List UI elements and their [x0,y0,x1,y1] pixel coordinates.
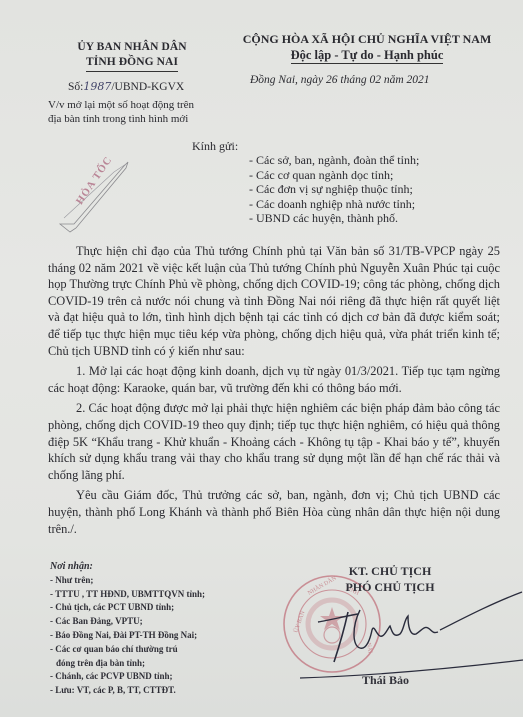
subject-line-2: địa bàn tỉnh trong tình hình mới [48,112,194,126]
addressee-item: - UBND các huyện, thành phố. [249,211,419,226]
issuer-block: ỦY BAN NHÂN DÂN TỈNH ĐỒNG NAI [62,40,202,72]
subject: V/v mở lại một số hoạt động trên địa bàn… [48,98,194,126]
national-motto: Độc lập - Tự do - Hạnh phúc [291,47,444,64]
recipient-item: - TTTU , TT HĐND, UBMTTQVN tỉnh; [50,588,205,602]
recipient-item: - Báo Đồng Nai, Đài PT-TH Đồng Nai; [50,629,205,643]
recipients-footer-title: Nơi nhận: [50,560,205,574]
addressees-label: Kính gửi: [192,139,238,154]
country-name: CỘNG HÒA XÃ HỘI CHỦ NGHĨA VIỆT NAM [222,31,512,47]
body-item-1: 1. Mở lại các hoạt động kinh doanh, dịch… [48,363,500,396]
national-header: CỘNG HÒA XÃ HỘI CHỦ NGHĨA VIỆT NAM Độc l… [222,31,512,64]
addressees-list: - Các sở, ban, ngành, đoàn thể tỉnh; - C… [249,153,419,226]
document-number: Số:1987/UBND-KGVX [68,80,184,93]
body-item-2: 2. Các hoạt động được mở lại phải thực h… [48,400,500,483]
signature-title-line-2: PHÓ CHỦ TỊCH [330,579,450,595]
place-date: Đồng Nai, ngày 26 tháng 02 năm 2021 [250,74,430,86]
recipient-item: - Lưu: VT, các P, B, TT, CTTĐT. [50,684,205,698]
doc-no-handwritten: 1987 [83,80,111,93]
recipient-item: - Chánh, các PCVP UBND tỉnh; [50,670,205,684]
document-page: ỦY BAN NHÂN DÂN TỈNH ĐỒNG NAI Số:1987/UB… [0,0,523,717]
recipient-item: đóng trên địa bàn tỉnh; [50,657,205,671]
doc-no-prefix: Số: [68,81,83,93]
document-body: Thực hiện chỉ đạo của Thủ tướng Chính ph… [48,243,500,541]
recipient-item: - Các Ban Đảng, VPTU; [50,615,205,629]
body-closing: Yêu cầu Giám đốc, Thủ trưởng các sở, ban… [48,487,500,537]
issuer-province: TỈNH ĐỒNG NAI [86,55,178,72]
recipient-item: - Như trên; [50,574,205,588]
recipient-item: - Các cơ quan báo chí thường trú [50,643,205,657]
doc-no-suffix: /UBND-KGVX [111,81,184,93]
signature-title-line-1: KT. CHỦ TỊCH [330,563,450,579]
body-intro: Thực hiện chỉ đạo của Thủ tướng Chính ph… [48,243,500,359]
addressee-item: - Các đơn vị sự nghiệp thuộc tỉnh; [249,182,419,197]
addressee-item: - Các doanh nghiệp nhà nước tỉnh; [249,197,419,212]
subject-line-1: V/v mở lại một số hoạt động trên [48,98,194,112]
addressee-item: - Các sở, ban, ngành, đoàn thể tỉnh; [249,153,419,168]
signer-name: Thái Bảo [362,673,409,688]
issuer-name: ỦY BAN NHÂN DÂN [62,40,202,55]
signature-title: KT. CHỦ TỊCH PHÓ CHỦ TỊCH [330,563,450,595]
signature-icon [300,590,523,685]
recipient-item: - Chủ tịch, các PCT UBND tỉnh; [50,601,205,615]
addressee-item: - Các cơ quan ngành dọc tỉnh; [249,168,419,183]
recipients-footer: Nơi nhận: - Như trên; - TTTU , TT HĐND, … [50,560,205,698]
